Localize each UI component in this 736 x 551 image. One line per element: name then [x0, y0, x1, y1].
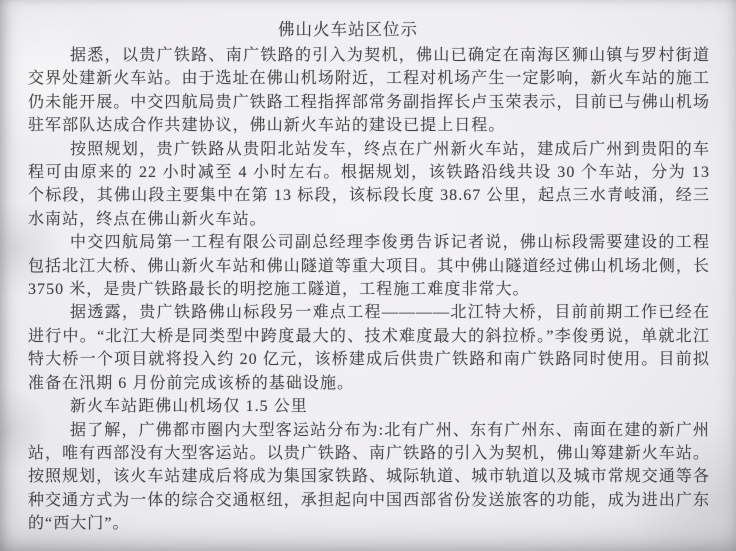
document-page: 佛山火车站区位示 据悉，以贵广铁路、南广铁路的引入为契机，佛山已确定在南海区狮山… — [0, 0, 736, 551]
paragraph-site-selection: 据悉，以贵广铁路、南广铁路的引入为契机，佛山已确定在南海区狮山镇与罗村街道交界处… — [28, 44, 710, 138]
paragraph-route-plan: 按照规划，贵广铁路从贵阳北站发车，终点在广州新火车站，建成后广州到贵阳的车程可由… — [28, 138, 710, 232]
paragraph-transport-hub: 据了解，广佛都市圈内大型客运站分布为:北有广州、东有广州东、南面在建的新广州站，… — [28, 419, 710, 536]
document-title: 佛山火车站区位示 — [28, 18, 668, 42]
subheading-distance-to-airport: 新火车站距佛山机场仅 1.5 公里 — [28, 395, 710, 418]
photographed-document: { "doc": { "title": "佛山火车站区位示", "paragra… — [0, 0, 736, 551]
paragraph-major-projects: 中交四航局第一工程有限公司副总经理李俊勇告诉记者说，佛山标段需要建设的工程包括北… — [28, 231, 710, 301]
paragraph-beijiang-bridge: 据透露，贵广铁路佛山标段另一难点工程————北江特大桥，目前前期工作已经在进行中… — [28, 301, 710, 395]
